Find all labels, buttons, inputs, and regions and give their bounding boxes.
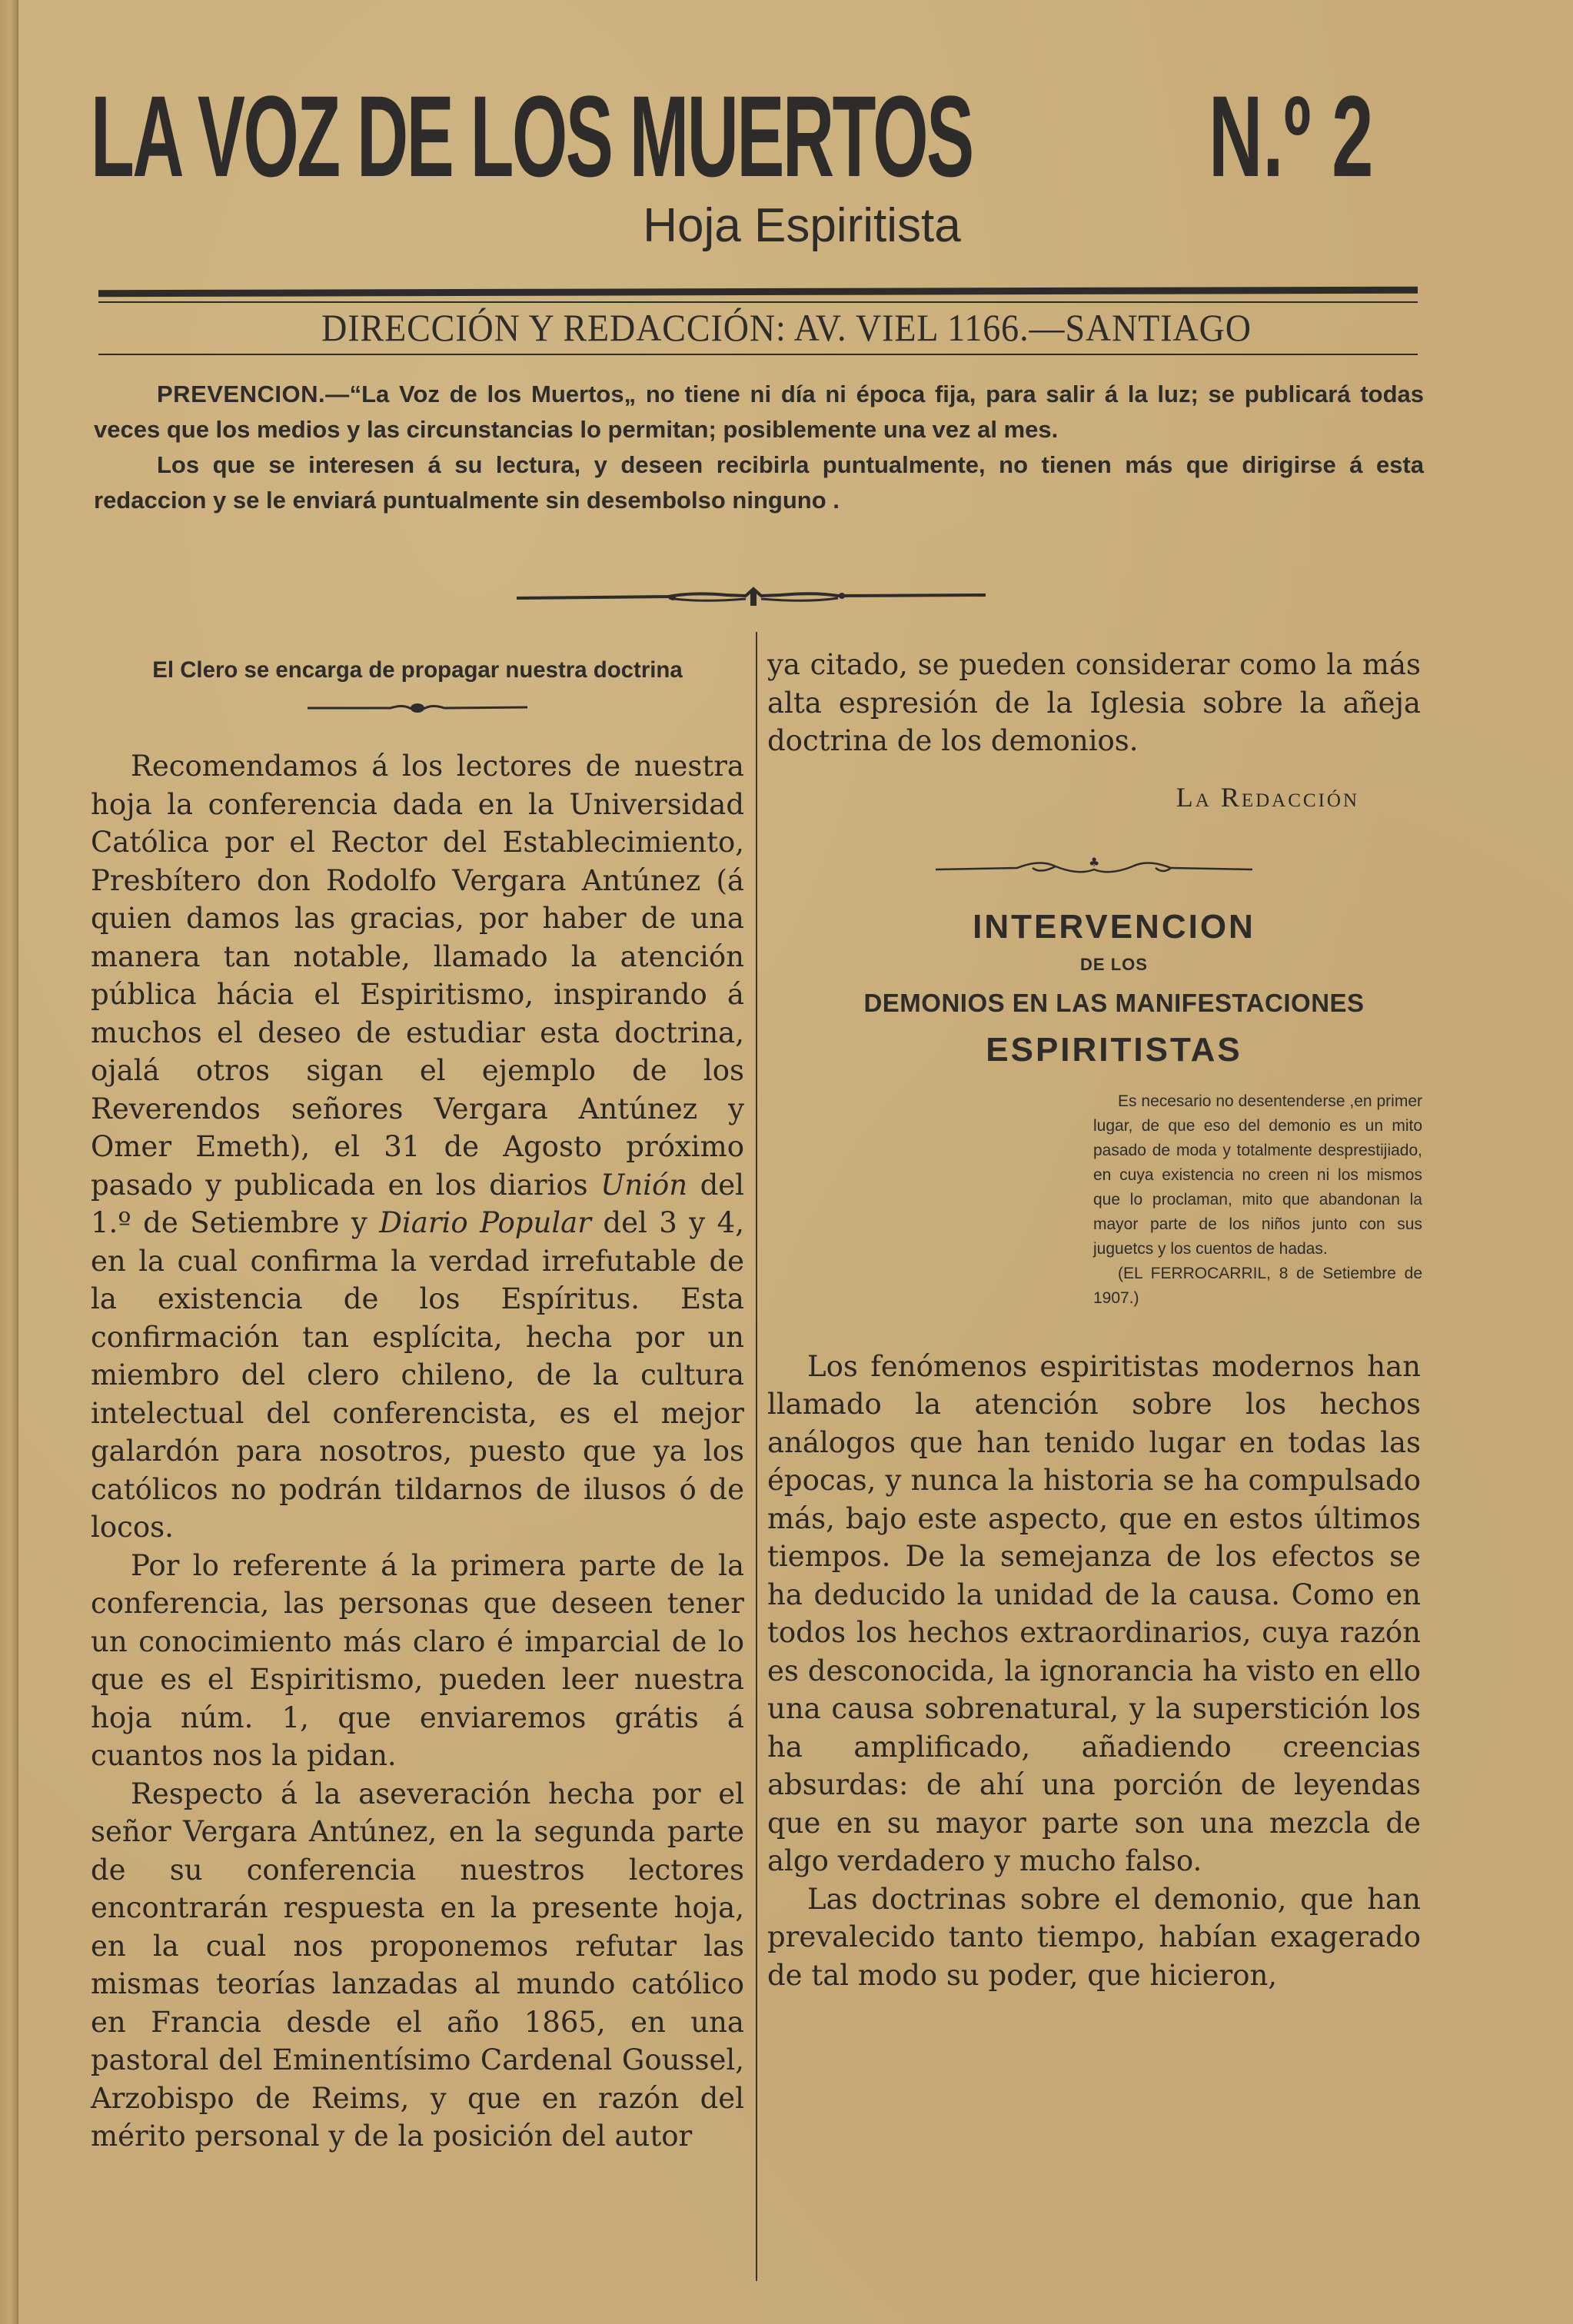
article2-title-line-3: DEMONIOS EN LAS MANIFESTACIONES — [767, 980, 1421, 1026]
article1-paragraph-1: Recomendamos á los lectores de nuestra h… — [91, 747, 744, 1547]
article2-epigraph: Es necesario no desentenderse ,en primer… — [1093, 1089, 1422, 1311]
notice-block: PREVENCION.—“La Voz de los Muertos„ no t… — [94, 377, 1424, 518]
newspaper-name-union: Unión — [600, 1169, 687, 1202]
notice-paragraph-1: PREVENCION.—“La Voz de los Muertos„ no t… — [94, 377, 1424, 447]
page-binding-edge — [0, 0, 18, 2324]
article2-title: INTERVENCION DE LOS DEMONIOS EN LAS MANI… — [767, 905, 1421, 1072]
masthead-subtitle: Hoja Espiritista — [0, 198, 1573, 254]
address-line: DIRECCIÓN Y REDACCIÓN: AV. VIEL 1166.—SA… — [63, 304, 1510, 351]
article2-title-line-1: INTERVENCION — [767, 905, 1421, 949]
epigraph-source: (EL FERROCARRIL, 8 de Setiembre de 1907.… — [1093, 1262, 1422, 1311]
right-column: ya citado, se pueden considerar como la … — [767, 646, 1421, 1994]
notice-label: PREVENCION.— — [157, 381, 350, 407]
ornament-divider-small-icon — [306, 701, 529, 713]
article1-signature: La Redacción — [767, 774, 1359, 820]
newspaper-name-diario-popular: Diario Popular — [379, 1206, 591, 1239]
ornament-flourish-icon: ♣ — [933, 851, 1255, 882]
article1-paragraph-3-continued: ya citado, se pueden considerar como la … — [767, 646, 1421, 760]
masthead-title: LA VOZ DE LOS MUERTOS — [91, 71, 1082, 201]
notice-paragraph-2: Los que se interesen á su lectura, y des… — [94, 447, 1424, 518]
issue-number: N.º 2 — [1209, 71, 1373, 201]
article1-paragraph-2: Por lo referente á la primera parte de l… — [91, 1547, 744, 1775]
ornament-divider-center-icon — [515, 586, 992, 609]
svg-text:♣: ♣ — [1089, 855, 1099, 869]
article1-paragraph-3: Respecto á la aseveración hecha por el s… — [91, 1775, 744, 2156]
article1-heading: El Clero se encarga de propagar nuestra … — [98, 655, 738, 686]
article2-title-line-4: ESPIRITISTAS — [767, 1028, 1421, 1072]
epigraph-text: Es necesario no desentenderse ,en primer… — [1093, 1089, 1422, 1262]
article2-paragraph-1: Los fenómenos espiritistas modernos han … — [767, 1348, 1421, 1880]
article2-title-line-2: DE LOS — [767, 949, 1421, 980]
article2-paragraph-2: Las doctrinas sobre el demonio, que han … — [767, 1880, 1421, 1995]
column-divider — [756, 632, 757, 2281]
masthead-thick-rule — [98, 287, 1418, 297]
masthead-thin-rule — [98, 301, 1418, 303]
left-column: El Clero se encarga de propagar nuestra … — [91, 646, 744, 2156]
address-rule — [98, 354, 1418, 355]
